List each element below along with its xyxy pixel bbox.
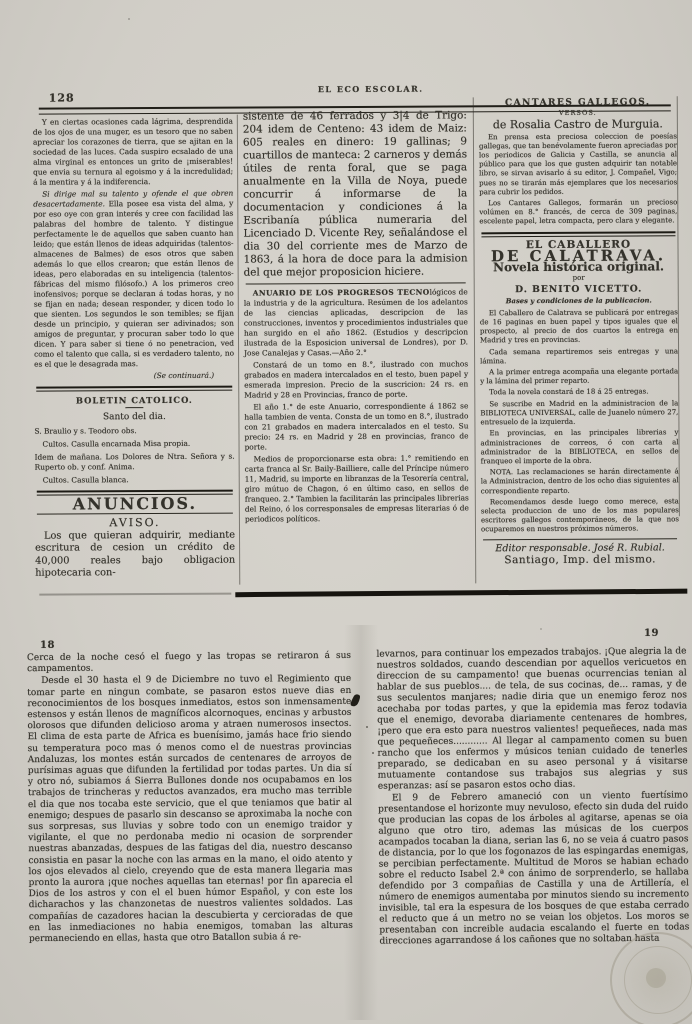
- title-dash: [125, 407, 143, 408]
- cantares-gallegos-title: CANTARES GALLEGOS.: [479, 98, 677, 108]
- editor-responsable-line: Editor responsable. José R. Rubial.: [481, 543, 679, 553]
- newspaper-column-1: Y en ciertas ocasiones cada lágrima, des…: [33, 117, 235, 583]
- masthead: EL ECO ESCOLAR.: [67, 82, 675, 95]
- book-paragraph: El 9 de Febrero amaneció con un viento f…: [378, 790, 690, 947]
- article-paragraph: Cada semana repartiremos seis entregas y…: [480, 347, 678, 366]
- book-page-number-left: 18: [40, 640, 55, 651]
- caballero-author: D. BENITO VICETTO.: [480, 285, 678, 295]
- article-paragraph: Medios de proporcionarse esta obra: 1.° …: [245, 453, 469, 524]
- book-paragraph: levarnos, para continuar los empezados t…: [376, 646, 687, 792]
- article-paragraph: Los Cantares Gallegos, formarán un preci…: [479, 198, 677, 227]
- book-page-number-right: 19: [644, 628, 659, 639]
- newspaper-column-3: CANTARES GALLEGOS. VERSOS. de Rosalia Ca…: [479, 96, 679, 565]
- santo-del-dia-heading: Santo del dia.: [34, 412, 234, 423]
- nota-paragraph: NOTA. Las reclamaciones se harán directa…: [481, 467, 679, 496]
- article-paragraph-rest: Ella posee esa vista del alma, y por eso…: [33, 199, 234, 369]
- article-paragraph: sistente de 46 ferrados y 3|4 de Trigo: …: [243, 109, 468, 279]
- article-paragraph: En provincias, en las principales librer…: [480, 429, 678, 467]
- scan-edge-bar-faint: [39, 593, 231, 596]
- scan-edge-bar: [235, 589, 687, 598]
- ink-speck: [372, 752, 374, 754]
- article-paragraph: Toda la novela constará de 18 á 25 entre…: [480, 388, 678, 398]
- article-paragraph: Y en ciertas ocasiones cada lágrima, des…: [33, 117, 233, 188]
- imprint-line: Santiago, Imp. del mismo.: [481, 555, 679, 565]
- ink-speck: [128, 18, 130, 20]
- library-stamp-core: [646, 968, 666, 988]
- section-rule: [483, 538, 677, 540]
- book-page-right: levarnos, para continuar los empezados t…: [376, 646, 689, 948]
- anuario-paragraph: ANUARIO DE LOS PROGRESOS TECNOlógicos de…: [244, 287, 468, 358]
- book-page-left: Cerca de la noche cesó el fuego y las tr…: [27, 651, 353, 947]
- article-paragraph: El Caballero de Calatrava se publicará p…: [480, 308, 678, 346]
- boletin-entry: Cultos. Casulla encarnada Misa propia.: [35, 439, 235, 450]
- aviso-title: AVISO.: [35, 518, 235, 529]
- newspaper-column-2: sistente de 46 ferrados y 3|4 de Trigo: …: [243, 109, 469, 526]
- newspaper-page: 128 EL ECO ESCOLAR. Y en ciertas ocasion…: [27, 82, 678, 599]
- column-divider-rule: [473, 97, 477, 583]
- article-paragraph: En prensa esta preciosa coleccion de poe…: [479, 132, 677, 197]
- article-paragraph: Constará de un tomo en 8.°, ilustrado co…: [244, 359, 468, 400]
- boletin-entries: S. Braulio y s. Teodoro obs. Cultos. Cas…: [34, 426, 234, 486]
- article-paragraph: El año 1.° de este Anuario, correspondie…: [244, 401, 468, 452]
- byline-por: por: [480, 274, 678, 284]
- boletin-entry: Cultos. Casulla blanca.: [35, 475, 235, 486]
- cantares-author-line: de Rosalia Castro de Murguia.: [479, 120, 677, 130]
- bases-condiciones-heading: Bases y condiciones de la publicacion.: [480, 296, 678, 306]
- ink-speck: [540, 628, 542, 630]
- aviso-paragraph: Los que quieran adquirir, mediante escri…: [35, 530, 235, 581]
- column-divider-rule: [237, 115, 240, 585]
- anuario-heading-lead: ANUARIO DE LOS PROGRESOS TECNO: [253, 288, 430, 298]
- to-be-continued-note: (Se continuará.): [34, 371, 234, 382]
- boletin-entry: Idem de mañana. Los Dolores de Ntra. Señ…: [35, 452, 235, 473]
- ink-speck: [366, 726, 368, 728]
- article-paragraph: Si dirige mal su talento y ofende el que…: [33, 189, 234, 370]
- article-paragraph: A la primer entrega acompaña una elegant…: [480, 367, 678, 386]
- caballero-subtitle: Novela histórica original.: [480, 262, 678, 272]
- anuncios-title: ANUNCIOS.: [35, 499, 235, 510]
- section-rule: [246, 282, 466, 284]
- anuario-heading-rest: lógicos de la industria y de la agricult…: [244, 287, 468, 357]
- book-paragraph: Cerca de la noche cesó el fuego y las tr…: [27, 651, 351, 676]
- article-paragraph: Se suscribe en Madrid en la administraci…: [480, 399, 678, 428]
- section-rule: [36, 386, 232, 392]
- boletin-entry: S. Braulio y s. Teodoro obs.: [34, 426, 234, 437]
- section-rule: [481, 231, 675, 237]
- boletin-catolico-title: BOLETIN CATOLICO.: [34, 395, 234, 406]
- article-paragraph: Recomendamos desde luego como merece, es…: [481, 497, 679, 535]
- book-paragraph: Desde el 30 hasta el 9 de Diciembre no t…: [27, 674, 353, 945]
